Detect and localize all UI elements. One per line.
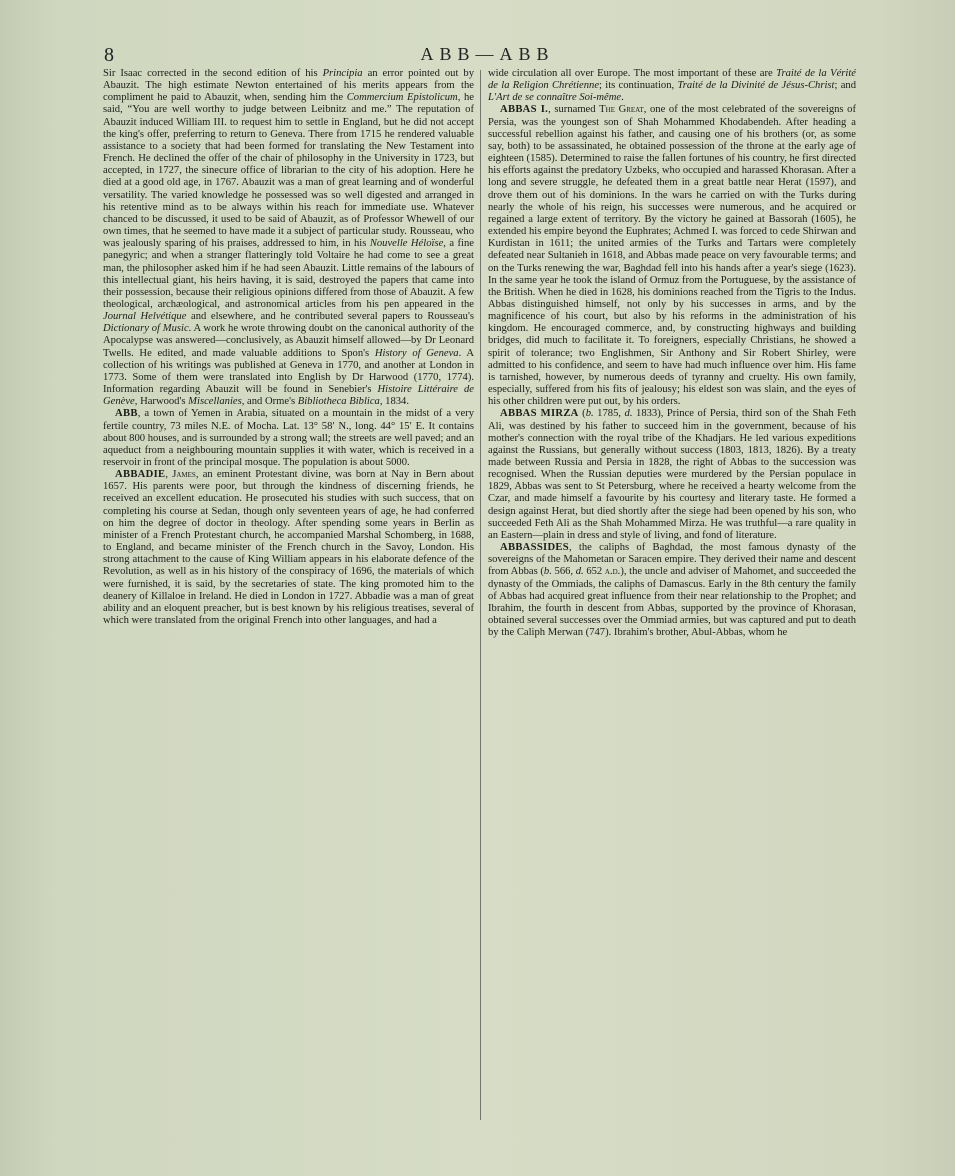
text-run: wide circulation all over Europe. The mo… <box>488 68 776 79</box>
italic-title: Miscellanies <box>188 396 242 407</box>
born-abbrev: b. <box>586 408 594 419</box>
entry-abbassides: ABBASSIDES, the caliphs of Baghdad, the … <box>488 542 856 639</box>
right-column: wide circulation all over Europe. The mo… <box>488 68 856 639</box>
text-run: , Harwood's <box>135 396 188 407</box>
text-run: ( <box>579 408 586 419</box>
italic-title: Bibliotheca Biblica <box>298 396 380 407</box>
headword: ABBAS I. <box>500 104 548 115</box>
entry-text: , a town of Yemen in Arabia, situated on… <box>103 408 474 468</box>
italic-title: Dictionary of Music <box>103 323 189 334</box>
headword: ABBAS MIRZA <box>500 408 579 419</box>
text-run: and elsewhere, and he contributed severa… <box>186 311 474 322</box>
text-run: 566, <box>552 566 576 577</box>
headword: ABBASSIDES <box>500 542 569 553</box>
abbadie-continuation: wide circulation all over Europe. The mo… <box>488 68 856 104</box>
text-run: , surnamed <box>548 104 599 115</box>
entry-text: 1833), Prince of Persia, third son of th… <box>488 408 856 541</box>
text-run: , 1834. <box>380 396 409 407</box>
italic-title: Principia <box>323 68 363 79</box>
text-run: . <box>621 92 624 103</box>
era-abbrev: a.d. <box>605 566 620 577</box>
text-run: 1785, <box>594 408 625 419</box>
given-name: James <box>172 469 196 480</box>
italic-title: Journal Helvétique <box>103 311 186 322</box>
entry-abbas-i: ABBAS I., surnamed The Great, one of the… <box>488 104 856 408</box>
left-column: Sir Isaac corrected in the second editio… <box>103 68 474 627</box>
text-run: Sir Isaac corrected in the second editio… <box>103 68 323 79</box>
headword: ABBADIE <box>115 469 165 480</box>
text-run: , he said, “You are well worthy to judge… <box>103 92 474 249</box>
died-abbrev: d. <box>625 408 633 419</box>
died-abbrev: d. <box>576 566 584 577</box>
entry-text: , an eminent Protestant divine, was born… <box>103 469 474 626</box>
column-divider <box>480 70 481 1120</box>
italic-title: Commercium Epistolicum <box>347 92 458 103</box>
entry-abb: ABB, a town of Yemen in Arabia, situated… <box>103 408 474 469</box>
italic-title: Traité de la Divinité de Jésus-Christ <box>677 80 834 91</box>
italic-title: History of Geneva <box>375 348 459 359</box>
running-head: ABB—ABB <box>0 44 955 65</box>
italic-title: L'Art de se connaître Soi-même <box>488 92 621 103</box>
text-run: ; and <box>835 80 857 91</box>
text-run: ; its continuation, <box>599 80 677 91</box>
entry-text: , one of the most celebrated of the sove… <box>488 104 856 407</box>
born-abbrev: b. <box>544 566 552 577</box>
entry-abbadie: ABBADIE, James, an eminent Protestant di… <box>103 469 474 627</box>
abauzit-continuation: Sir Isaac corrected in the second editio… <box>103 68 474 408</box>
italic-title: Nouvelle Héloïse <box>370 238 443 249</box>
text-run: , and Orme's <box>242 396 298 407</box>
headword: ABB <box>115 408 138 419</box>
epithet: The Great <box>599 104 644 115</box>
text-run: 652 <box>584 566 605 577</box>
entry-abbas-mirza: ABBAS MIRZA (b. 1785, d. 1833), Prince o… <box>488 408 856 542</box>
